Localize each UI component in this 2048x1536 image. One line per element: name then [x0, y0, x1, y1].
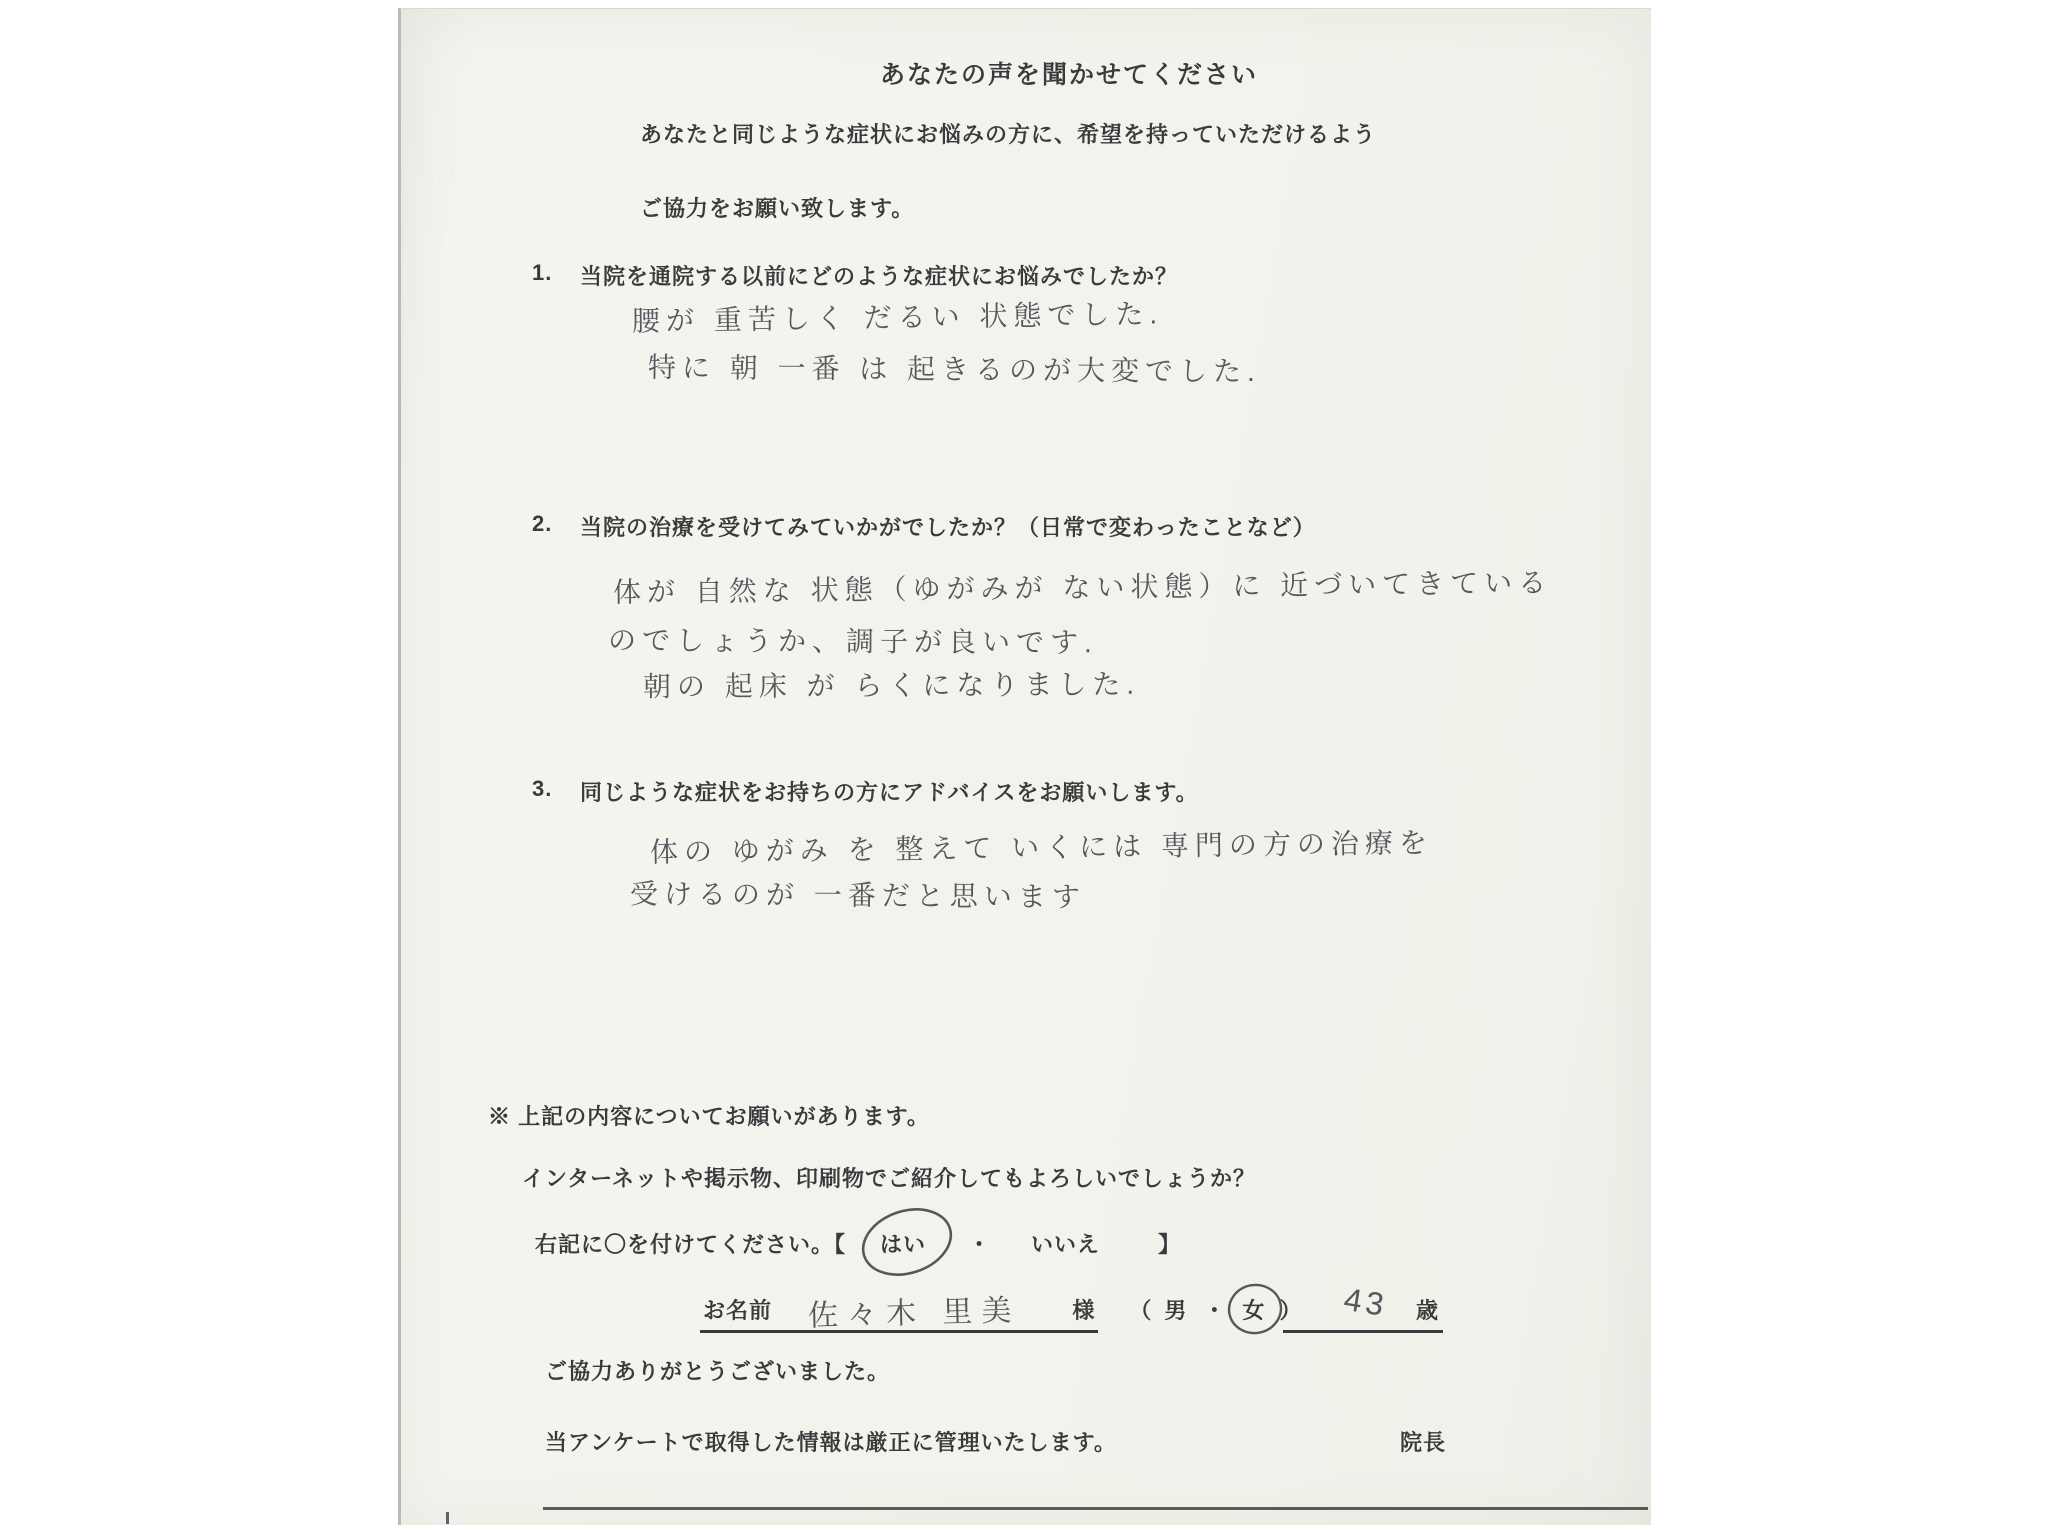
footer-director: 院長: [1400, 1426, 1446, 1457]
question-1-text: 当院を通院する以前にどのような症状にお悩みでしたか？: [580, 260, 1178, 291]
consent-no-label: いいえ: [1031, 1228, 1100, 1259]
gender-male-label: 男: [1164, 1294, 1187, 1325]
age-value-handwritten: 43: [1342, 1281, 1391, 1324]
honorific-label: 様: [1072, 1294, 1095, 1325]
form-title: あなたの声を聞かせてください: [880, 55, 1258, 91]
gender-paren-open: （: [1129, 1294, 1152, 1325]
consent-separator: ・: [968, 1228, 991, 1259]
question-2-number: 2.: [532, 511, 552, 537]
consent-yes-option: はい: [880, 1228, 926, 1259]
scan-edge-line: [543, 1507, 1648, 1510]
signature-row: お名前 佐々木 里美 様 （ 男 ・ 女 ） 43 歳: [703, 1294, 1439, 1332]
gender-female-label: 女: [1242, 1298, 1265, 1323]
age-suffix-label: 歳: [1416, 1294, 1439, 1325]
question-2-text: 当院の治療を受けてみていかがでしたか？（日常で変わったことなど）: [580, 511, 1316, 542]
answer-2-line-3: 朝の 起床 が らくになりました.: [643, 663, 1140, 706]
question-1-number: 1.: [532, 260, 552, 286]
consent-instruction: 右記に〇を付けてください。【: [535, 1228, 846, 1259]
name-label: お名前: [703, 1294, 772, 1325]
gender-female-option: 女: [1242, 1294, 1265, 1325]
footer-privacy: 当アンケートで取得した情報は厳正に管理いたします。: [545, 1426, 1117, 1457]
footer-thanks: ご協力ありがとうございました。: [545, 1355, 890, 1386]
scan-artifact-mark: [446, 1512, 449, 1524]
answer-2-line-2: のでしょうか、調子が良いです.: [608, 619, 1098, 662]
gender-paren-close: ）: [1279, 1294, 1302, 1325]
question-3-number: 3.: [532, 776, 552, 802]
gender-separator: ・: [1203, 1294, 1226, 1325]
consent-bracket-close: 】: [1158, 1228, 1181, 1259]
consent-answer-row: 右記に〇を付けてください。【 はい ・ いいえ 】: [535, 1228, 1181, 1259]
consent-note: ※ 上記の内容についてお願いがあります。: [488, 1100, 930, 1131]
answer-3-line-2: 受けるのが 一番だと思います: [630, 872, 1086, 915]
answer-1-line-2: 特に 朝 一番 は 起きるのが大変でした.: [648, 346, 1261, 390]
consent-question: インターネットや掲示物、印刷物でご紹介してもよろしいでしょうか？: [522, 1162, 1256, 1193]
scanned-survey-page: あなたの声を聞かせてください あなたと同じような症状にお悩みの方に、希望を持って…: [0, 0, 2048, 1536]
question-3-text: 同じような症状をお持ちの方にアドバイスをお願いします。: [580, 776, 1199, 807]
name-value-handwritten: 佐々木 里美: [807, 1285, 1020, 1335]
intro-line-1: あなたと同じような症状にお悩みの方に、希望を持っていただけるよう: [640, 118, 1376, 149]
answer-1-line-1: 腰が 重苦しく だるい 状態でした.: [632, 292, 1164, 339]
consent-yes-label: はい: [880, 1232, 926, 1257]
intro-line-2: ご協力をお願い致します。: [640, 192, 914, 223]
